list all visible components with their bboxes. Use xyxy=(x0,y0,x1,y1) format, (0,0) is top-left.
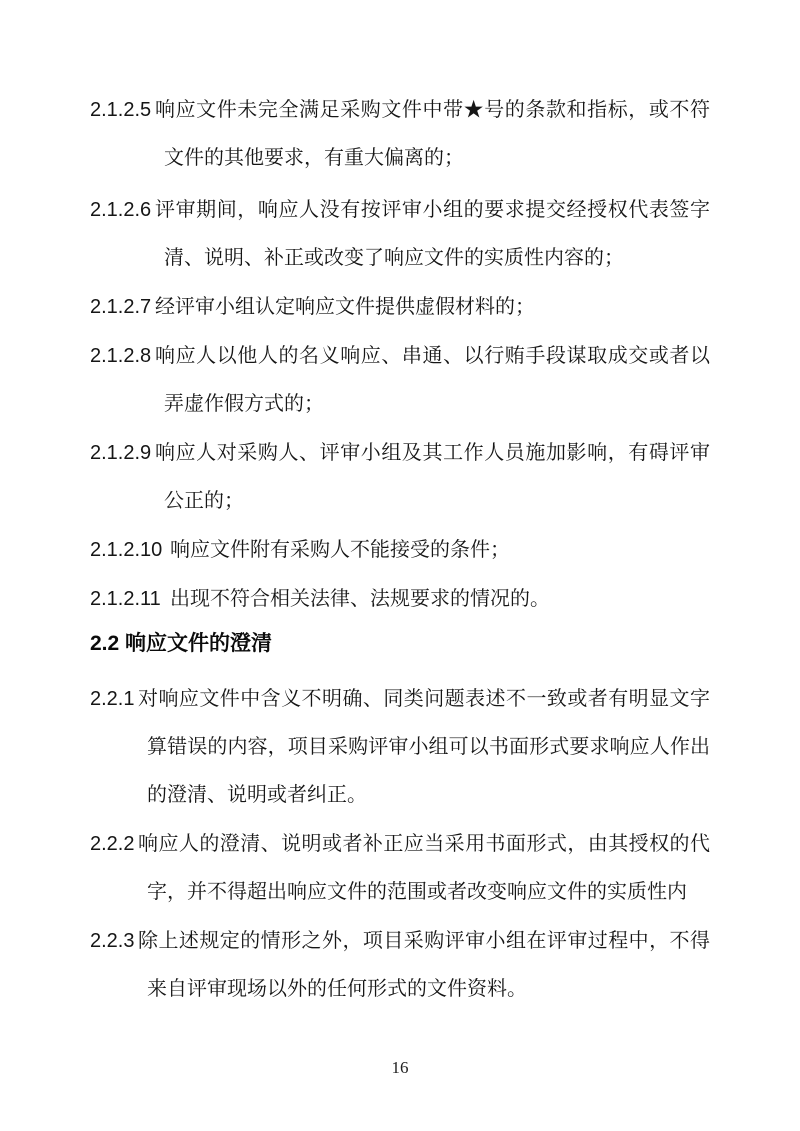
clause-number: 2.2.1 xyxy=(90,675,138,723)
clause-line: 2.1.2.9响应人对采购人、评审小组及其工作人员施加影响，有碍评审公平、 xyxy=(90,429,710,477)
clause-text: 响应文件未完全满足采购文件中带★号的条款和指标，或不符合采购 xyxy=(155,86,710,134)
clause-text: 来自评审现场以外的任何形式的文件资料。 xyxy=(90,965,710,1013)
clause-line: 2.1.2.8响应人以他人的名义响应、串通、以行贿手段谋取成交或者以其他 xyxy=(90,332,710,380)
clause-text: 出现不符合相关法律、法规要求的情况的。 xyxy=(170,575,710,623)
clause-line: 2.2.1对响应文件中含义不明确、同类问题表述不一致或者有明显文字和计 xyxy=(90,675,710,723)
clause-number: 2.1.2.8 xyxy=(90,332,155,380)
clause-line: 2.1.2.11出现不符合相关法律、法规要求的情况的。 xyxy=(90,575,710,623)
clause-number: 2.1.2.7 xyxy=(90,283,155,331)
clause-text: 响应人的澄清、说明或者补正应当采用书面形式，由其授权的代表签 xyxy=(138,820,710,868)
clause-number: 2.1.2.6 xyxy=(90,186,155,234)
clause-text: 评审期间，响应人没有按评审小组的要求提交经授权代表签字的澄 xyxy=(155,186,710,234)
clause-paragraph: 2.1.2.9响应人对采购人、评审小组及其工作人员施加影响，有碍评审公平、公正的… xyxy=(90,429,710,525)
clause-text: 经评审小组认定响应文件提供虚假材料的； xyxy=(155,283,710,331)
clause-number: 2.2.3 xyxy=(90,917,138,965)
clause-line: 2.2.2响应人的澄清、说明或者补正应当采用书面形式，由其授权的代表签 xyxy=(90,820,710,868)
clause-text: 文件的其他要求，有重大偏离的； xyxy=(90,134,710,182)
clause-text: 算错误的内容，项目采购评审小组可以书面形式要求响应人作出必要 xyxy=(90,723,710,771)
section-heading: 2.2响应文件的澄清 xyxy=(90,620,710,668)
clause-paragraph: 2.2.3除上述规定的情形之外，项目采购评审小组在评审过程中，不得接收来自评审现… xyxy=(90,917,710,1013)
clause-text: 除上述规定的情形之外，项目采购评审小组在评审过程中，不得接收 xyxy=(138,917,710,965)
clause-text: 对响应文件中含义不明确、同类问题表述不一致或者有明显文字和计 xyxy=(138,675,710,723)
page-footer: 16 xyxy=(0,1058,800,1078)
clause-number: 2.1.2.10 xyxy=(90,526,170,574)
clause-text: 字，并不得超出响应文件的范围或者改变响应文件的实质性内容。 xyxy=(90,868,710,916)
clause-line: 2.1.2.10响应文件附有采购人不能接受的条件； xyxy=(90,526,710,574)
clause-paragraph: 2.1.2.8响应人以他人的名义响应、串通、以行贿手段谋取成交或者以其他弄虚作假… xyxy=(90,332,710,428)
clause-number: 2.1.2.5 xyxy=(90,86,155,134)
clause-text: 响应人以他人的名义响应、串通、以行贿手段谋取成交或者以其他 xyxy=(155,332,710,380)
section-number: 2.2 xyxy=(90,620,125,668)
clause-text: 公正的； xyxy=(90,477,710,525)
clause-paragraph: 2.1.2.7经评审小组认定响应文件提供虚假材料的； xyxy=(90,283,710,331)
clause-paragraph: 2.2.2响应人的澄清、说明或者补正应当采用书面形式，由其授权的代表签字，并不得… xyxy=(90,820,710,916)
clause-text: 响应人对采购人、评审小组及其工作人员施加影响，有碍评审公平、 xyxy=(155,429,710,477)
clause-number: 2.1.2.9 xyxy=(90,429,155,477)
clause-paragraph: 2.1.2.11出现不符合相关法律、法规要求的情况的。 xyxy=(90,575,710,623)
clause-paragraph: 2.2.1对响应文件中含义不明确、同类问题表述不一致或者有明显文字和计算错误的内… xyxy=(90,675,710,819)
clause-text: 清、说明、补正或改变了响应文件的实质性内容的； xyxy=(90,234,710,282)
page-number: 16 xyxy=(392,1058,409,1077)
section-title: 响应文件的澄清 xyxy=(125,620,272,668)
clause-text: 的澄清、说明或者纠正。 xyxy=(90,771,710,819)
clause-paragraph: 2.1.2.6评审期间，响应人没有按评审小组的要求提交经授权代表签字的澄清、说明… xyxy=(90,186,710,282)
clause-number: 2.1.2.11 xyxy=(90,575,170,623)
clause-line: 2.1.2.6评审期间，响应人没有按评审小组的要求提交经授权代表签字的澄 xyxy=(90,186,710,234)
clause-line: 2.1.2.7经评审小组认定响应文件提供虚假材料的； xyxy=(90,283,710,331)
clause-paragraph: 2.1.2.5响应文件未完全满足采购文件中带★号的条款和指标，或不符合采购文件的… xyxy=(90,86,710,182)
clause-line: 2.2.3除上述规定的情形之外，项目采购评审小组在评审过程中，不得接收 xyxy=(90,917,710,965)
document-body: 2.1.2.5响应文件未完全满足采购文件中带★号的条款和指标，或不符合采购文件的… xyxy=(0,86,800,1014)
document-page: 2.1.2.5响应文件未完全满足采购文件中带★号的条款和指标，或不符合采购文件的… xyxy=(0,0,800,1131)
clause-paragraph: 2.1.2.10响应文件附有采购人不能接受的条件； xyxy=(90,526,710,574)
clause-text: 弄虚作假方式的； xyxy=(90,380,710,428)
clause-number: 2.2.2 xyxy=(90,820,138,868)
clause-text: 响应文件附有采购人不能接受的条件； xyxy=(170,526,710,574)
clause-line: 2.1.2.5响应文件未完全满足采购文件中带★号的条款和指标，或不符合采购 xyxy=(90,86,710,134)
